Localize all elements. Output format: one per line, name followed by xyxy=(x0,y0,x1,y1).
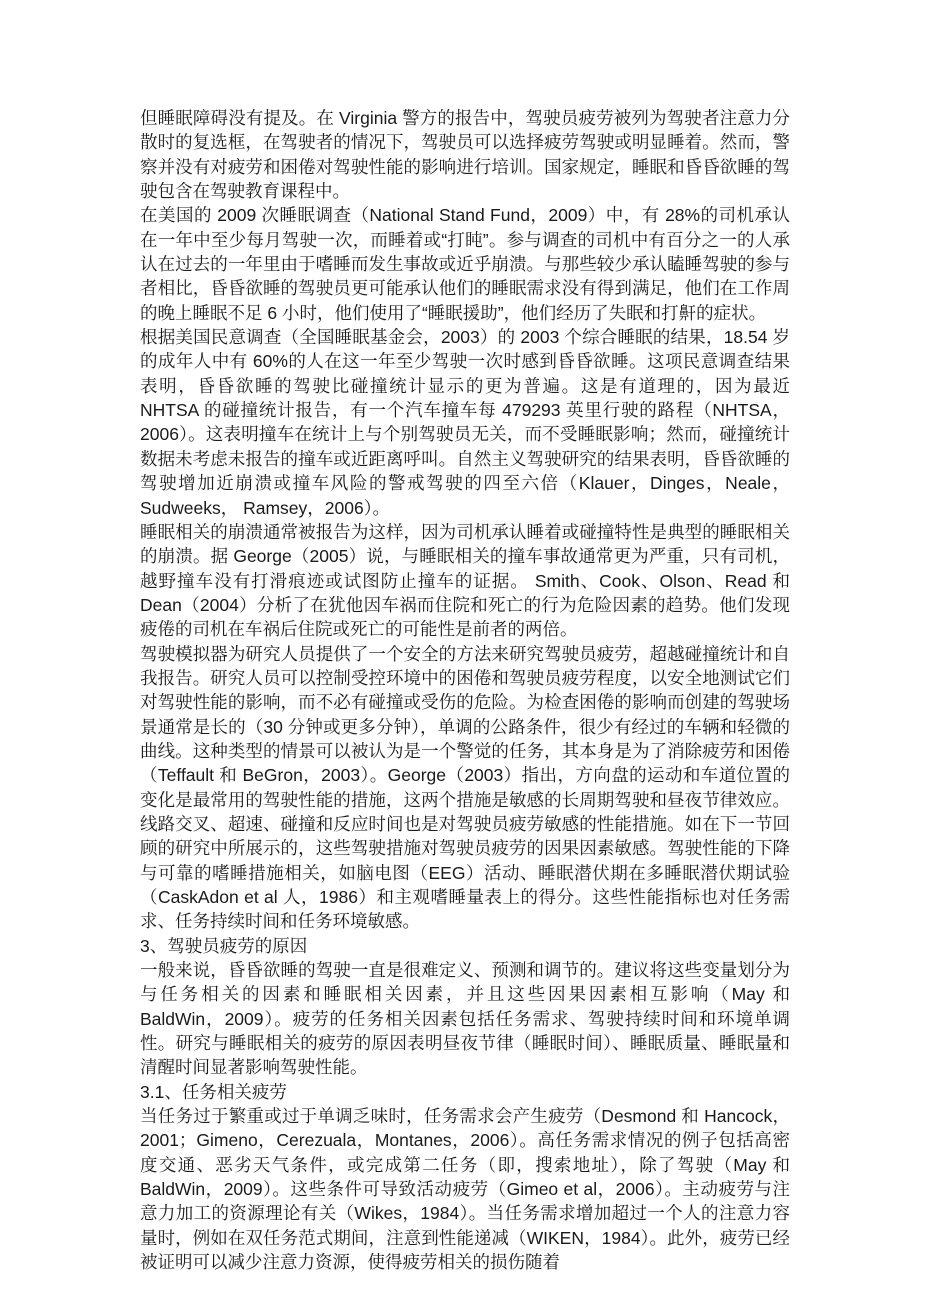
paragraph-sleep-related-crashes: 睡眠相关的崩溃通常被报告为这样，因为司机承认睡着或碰撞特性是典型的睡眠相关的崩溃… xyxy=(140,520,790,642)
section-heading-causes-of-driver-fatigue: 3、驾驶员疲劳的原因 xyxy=(140,934,790,958)
paragraph-fatigue-factors-overview: 一般来说，昏昏欲睡的驾驶一直是很难定义、预测和调节的。建议将这些变量划分为与任务… xyxy=(140,958,790,1080)
paragraph-sleep-disorder-report: 但睡眠障碍没有提及。在 Virginia 警方的报告中，驾驶员疲劳被列为驾驶者注… xyxy=(140,106,790,203)
paragraph-2009-sleep-survey: 在美国的 2009 次睡眠调查（National Stand Fund，2009… xyxy=(140,203,790,325)
paragraph-poll-crash-statistics: 根据美国民意调查（全国睡眠基金会，2003）的 2003 个综合睡眠的结果，18… xyxy=(140,325,790,520)
section-heading-task-related-fatigue: 3.1、任务相关疲劳 xyxy=(140,1080,790,1104)
paragraph-driving-simulators: 驾驶模拟器为研究人员提供了一个安全的方法来研究驾驶员疲劳，超越碰撞统计和自我报告… xyxy=(140,642,790,934)
document-page: 但睡眠障碍没有提及。在 Virginia 警方的报告中，驾驶员疲劳被列为驾驶者注… xyxy=(0,0,926,1309)
paragraph-task-demand-fatigue: 当任务过于繁重或过于单调乏味时，任务需求会产生疲劳（Desmond 和 Hanc… xyxy=(140,1104,790,1274)
